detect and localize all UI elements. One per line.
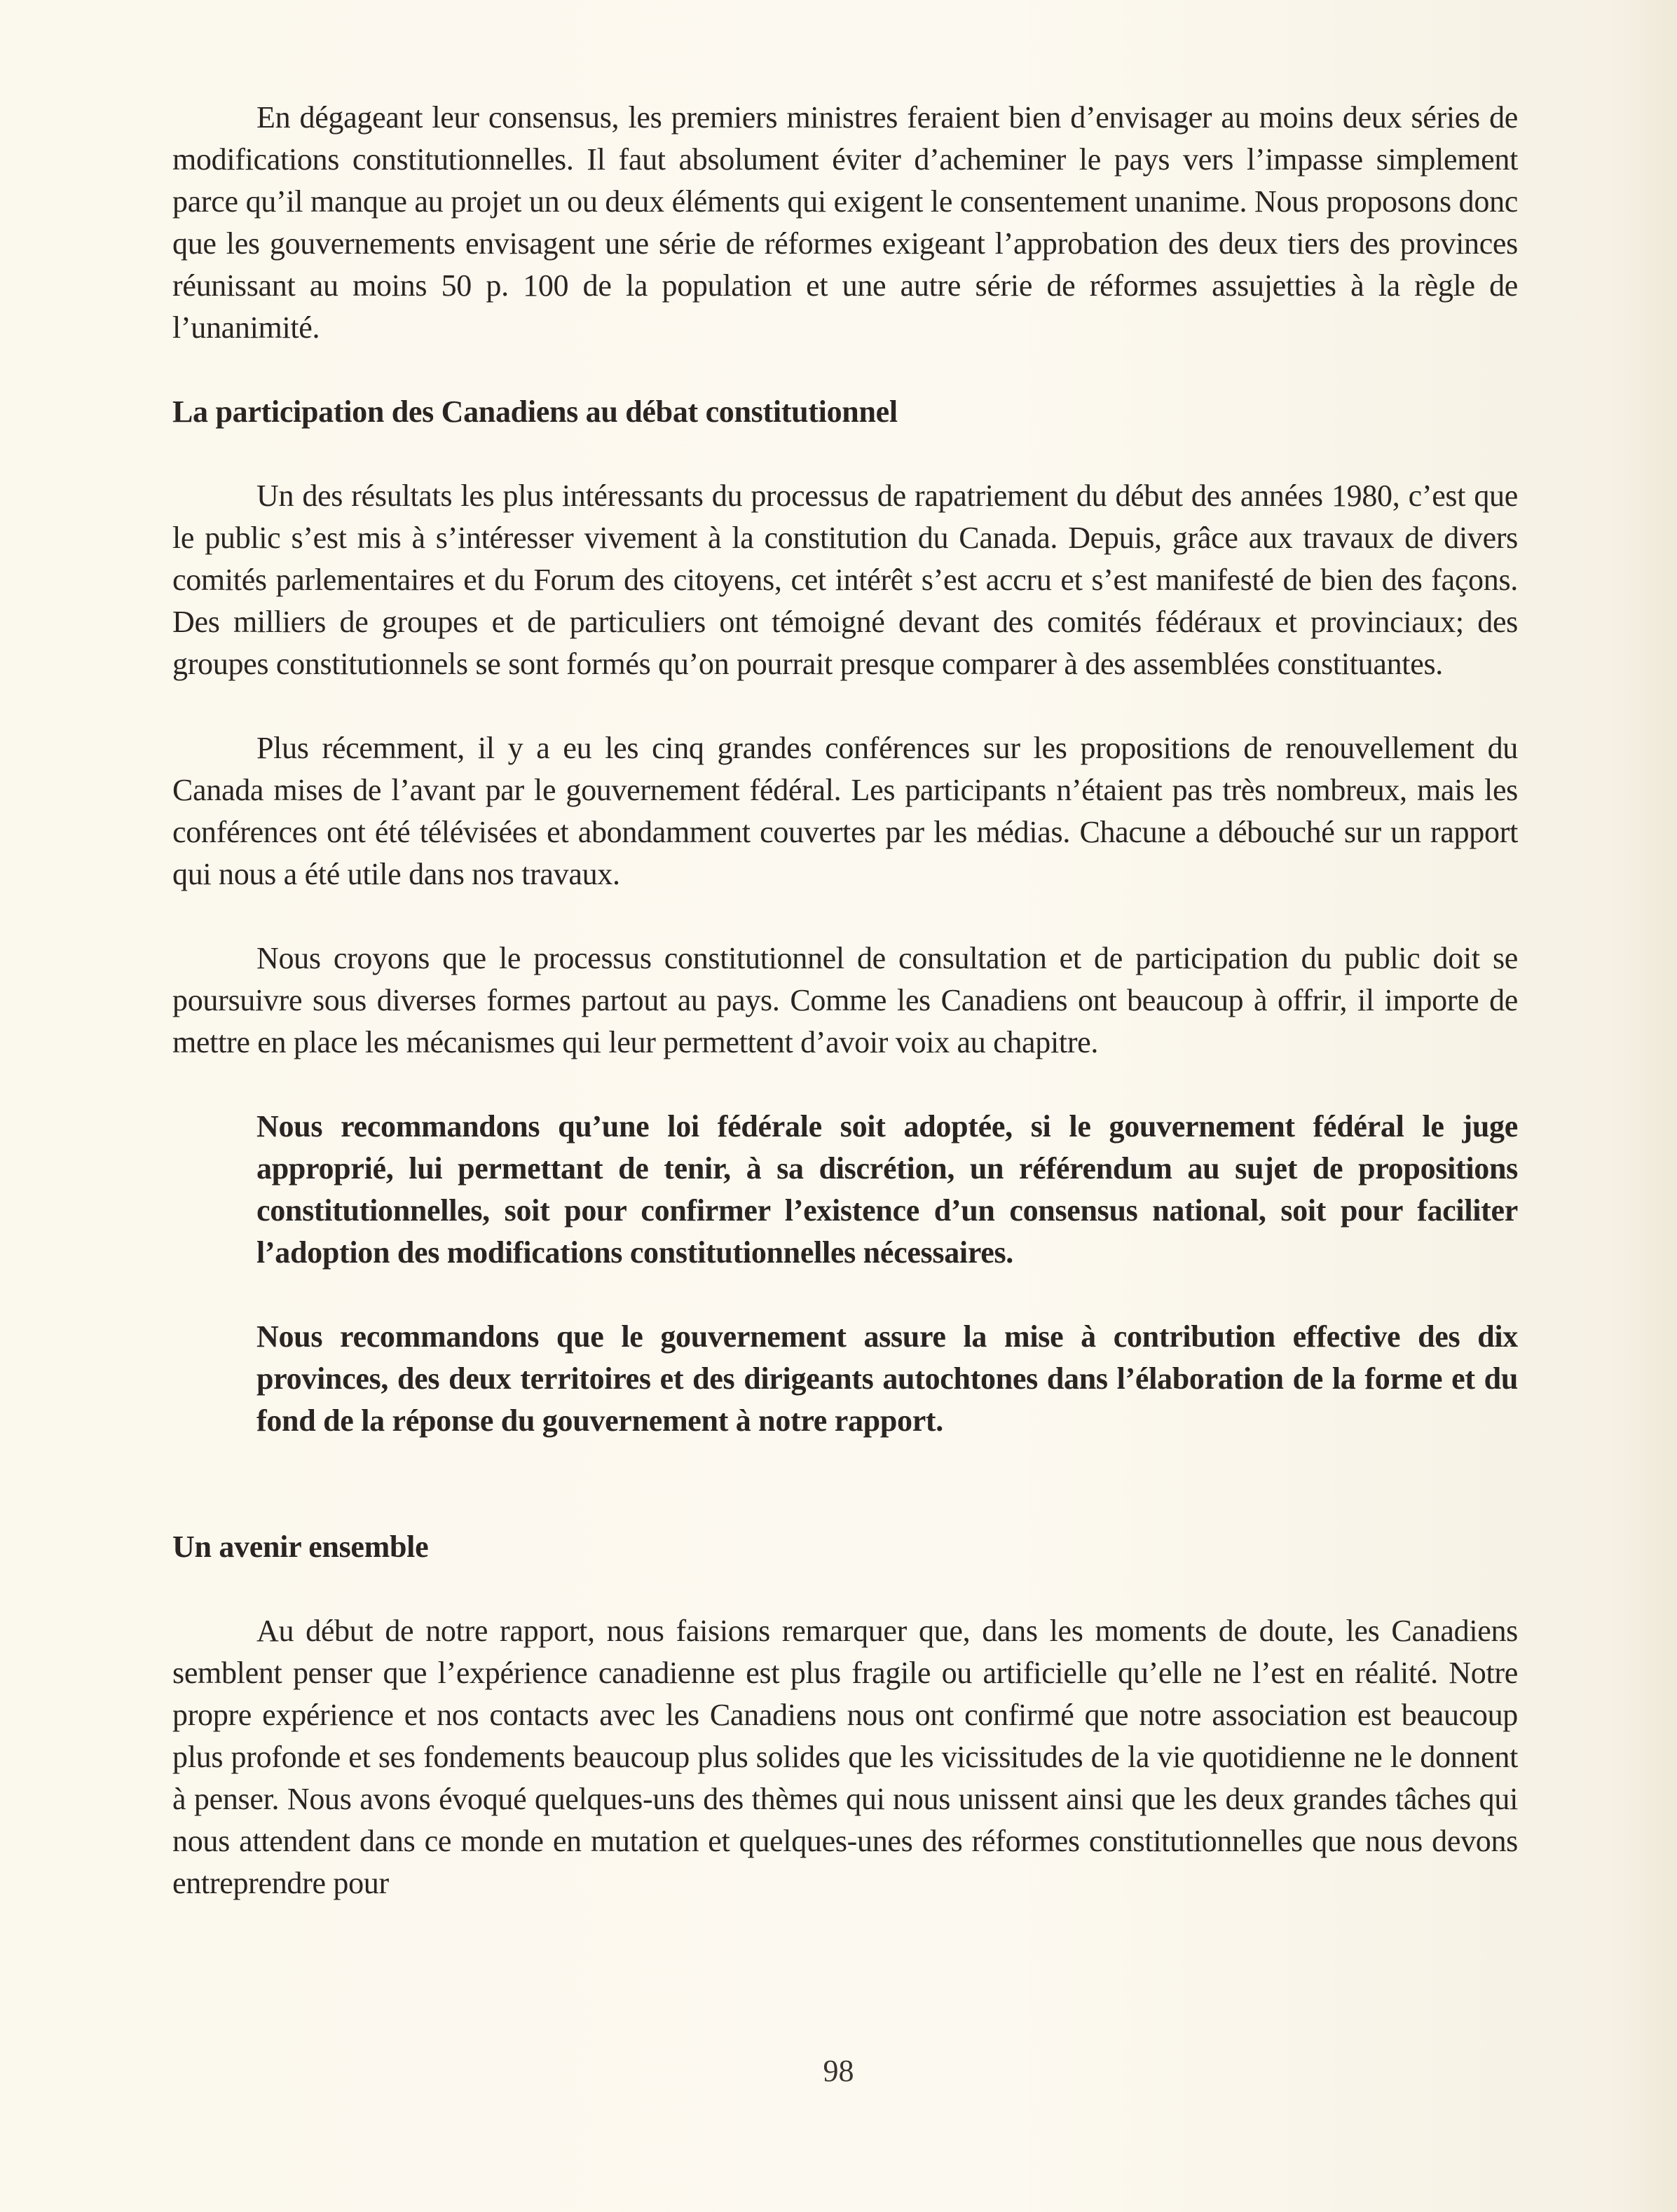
spacer [172,1568,1518,1610]
spacer [172,895,1518,937]
page-number: 98 [0,2050,1677,2092]
section-heading-participation: La participation des Canadiens au débat … [172,391,1518,433]
paragraph-processus: Nous croyons que le processus constituti… [172,937,1518,1064]
paragraph-consensus: En dégageant leur consensus, les premier… [172,97,1518,349]
recommendation-contribution: Nous recommandons que le gouvernement as… [256,1316,1518,1442]
spacer [172,1442,1518,1484]
recommendation-referendum: Nous recommandons qu’une loi fédérale so… [256,1106,1518,1274]
spacer [172,1064,1518,1106]
spacer [172,685,1518,727]
page-content: En dégageant leur consensus, les premier… [172,97,1518,1904]
spacer [172,1484,1518,1526]
spacer [172,433,1518,475]
section-heading-avenir: Un avenir ensemble [172,1526,1518,1568]
spacer [172,1274,1518,1316]
document-page: En dégageant leur consensus, les premier… [0,0,1677,2212]
paragraph-rapatriement: Un des résultats les plus intéressants d… [172,475,1518,685]
paragraph-avenir: Au début de notre rapport, nous faisions… [172,1610,1518,1904]
paragraph-conferences: Plus récemment, il y a eu les cinq grand… [172,727,1518,895]
spacer [172,349,1518,391]
